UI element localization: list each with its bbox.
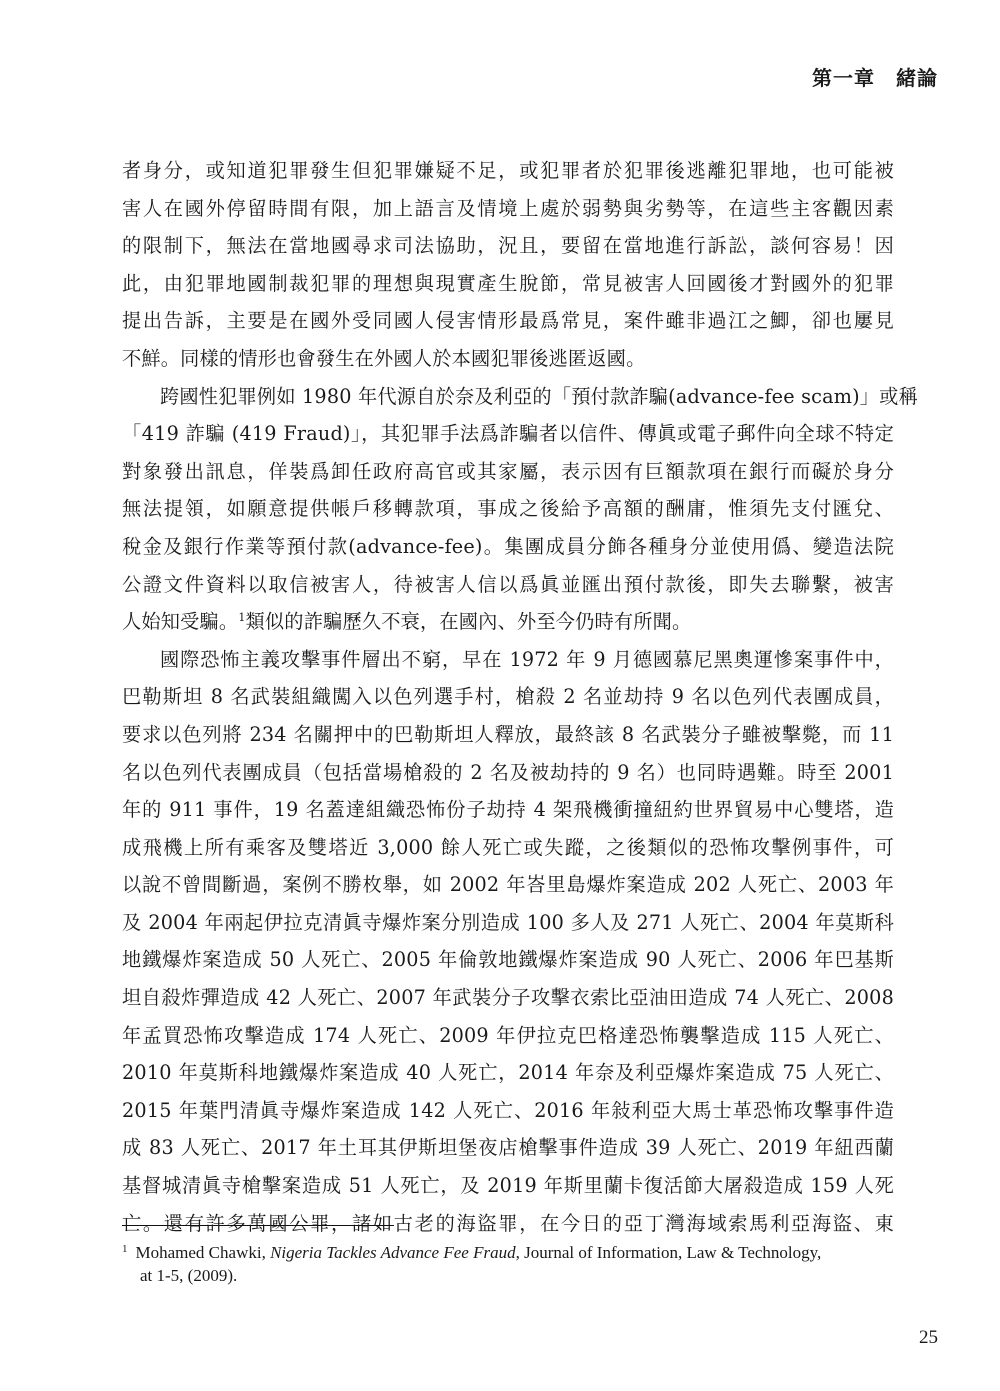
- text-line: 基督城清眞寺槍擊案造成 51 人死亡，及 2019 年斯里蘭卡復活節大屠殺造成 …: [122, 1167, 894, 1205]
- page-number: 25: [919, 1327, 938, 1349]
- text-line: 以說不曾間斷過，案例不勝枚舉，如 2002 年峇里島爆炸案造成 202 人死亡、…: [122, 866, 894, 904]
- text-line: 此，由犯罪地國制裁犯罪的理想與現實產生脫節，常見被害人回國後才對國外的犯罪: [122, 265, 894, 303]
- footnote: 1Mohamed Chawki, Nigeria Tackles Advance…: [122, 1238, 894, 1287]
- body-text: 者身分，或知道犯罪發生但犯罪嫌疑不足，或犯罪者於犯罪後逃離犯罪地，也可能被 害人…: [122, 152, 894, 1242]
- text-line: 「419 詐騙 (419 Fraud)」，其犯罪手法爲詐騙者以信件、傳眞或電子郵…: [122, 415, 894, 453]
- text-line: 提出告訴，主要是在國外受同國人侵害情形最爲常見，案件雖非過江之鯽，卻也屢見: [122, 302, 894, 340]
- footnote-author: Mohamed Chawki,: [136, 1243, 271, 1262]
- text-segment: 人始知受騙。: [122, 610, 238, 633]
- text-line: 及 2004 年兩起伊拉克清眞寺爆炸案分別造成 100 多人及 271 人死亡、…: [122, 904, 894, 942]
- text-line: 者身分，或知道犯罪發生但犯罪嫌疑不足，或犯罪者於犯罪後逃離犯罪地，也可能被: [122, 152, 894, 190]
- text-line: 年孟買恐怖攻擊造成 174 人死亡、2009 年伊拉克巴格達恐怖襲擊造成 115…: [122, 1017, 894, 1055]
- text-segment: 類似的詐騙歷久不衰，在國內、外至今仍時有所聞。: [246, 610, 692, 633]
- text-line: 要求以色列將 234 名關押中的巴勒斯坦人釋放，最終該 8 名武裝分子雖被擊斃，…: [122, 716, 894, 754]
- footnote-line: 1Mohamed Chawki, Nigeria Tackles Advance…: [122, 1238, 894, 1264]
- text-line: 亡。還有許多萬國公罪，諸如古老的海盜罪，在今日的亞丁灣海域索馬利亞海盜、東: [122, 1205, 894, 1243]
- text-line: 無法提領，如願意提供帳戶移轉款項，事成之後給予高額的酬庸，惟須先支付匯兌、: [122, 490, 894, 528]
- running-head-chapter-title: 第一章 緒論: [812, 62, 938, 91]
- paragraph-start-line: 國際恐怖主義攻擊事件層出不窮，早在 1972 年 9 月德國慕尼黑奧運慘案事件中…: [122, 641, 894, 679]
- footnote-line: at 1-5, (2009).: [122, 1264, 894, 1287]
- footnote-source: , Journal of Information, Law & Technolo…: [516, 1243, 822, 1262]
- text-line: 成飛機上所有乘客及雙塔近 3,000 餘人死亡或失蹤，之後類似的恐怖攻擊例事件，…: [122, 829, 894, 867]
- text-line: 名以色列代表團成員（包括當場槍殺的 2 名及被劫持的 9 名）也同時遇難。時至 …: [122, 754, 894, 792]
- text-line: 成 83 人死亡、2017 年土耳其伊斯坦堡夜店槍擊事件造成 39 人死亡、20…: [122, 1129, 894, 1167]
- text-line: 公證文件資料以取信被害人，待被害人信以爲眞並匯出預付款後，即失去聯繫，被害: [122, 566, 894, 604]
- text-line: 稅金及銀行作業等預付款(advance-fee)。集團成員分飾各種身分並使用僞、…: [122, 528, 894, 566]
- text-line: 不鮮。同樣的情形也會發生在外國人於本國犯罪後逃匿返國。: [122, 340, 894, 378]
- footnote-title: Nigeria Tackles Advance Fee Fraud: [270, 1243, 516, 1262]
- text-line: 地鐵爆炸案造成 50 人死亡、2005 年倫敦地鐵爆炸案造成 90 人死亡、20…: [122, 941, 894, 979]
- text-line: 巴勒斯坦 8 名武裝組織闖入以色列選手村，槍殺 2 名並劫持 9 名以色列代表團…: [122, 678, 894, 716]
- footnote-divider: [122, 1225, 394, 1226]
- text-line: 2015 年葉門清眞寺爆炸案造成 142 人死亡、2016 年敍利亞大馬士革恐怖…: [122, 1092, 894, 1130]
- paragraph-start-line: 跨國性犯罪例如 1980 年代源自於奈及利亞的「預付款詐騙(advance-fe…: [122, 378, 894, 416]
- text-line: 害人在國外停留時間有限，加上語言及情境上處於弱勢與劣勢等，在這些主客觀因素: [122, 190, 894, 228]
- text-line: 坦自殺炸彈造成 42 人死亡、2007 年武裝分子攻擊衣索比亞油田造成 74 人…: [122, 979, 894, 1017]
- footnote-number: 1: [122, 1243, 128, 1255]
- text-line: 對象發出訊息，佯裝爲卸任政府高官或其家屬，表示因有巨額款項在銀行而礙於身分: [122, 453, 894, 491]
- text-line: 年的 911 事件，19 名蓋達組織恐怖份子劫持 4 架飛機衝撞紐約世界貿易中心…: [122, 791, 894, 829]
- text-line: 的限制下，無法在當地國尋求司法協助，況且，要留在當地進行訴訟，談何容易！因: [122, 227, 894, 265]
- text-line: 2010 年莫斯科地鐵爆炸案造成 40 人死亡，2014 年奈及利亞爆炸案造成 …: [122, 1054, 894, 1092]
- text-line-with-footnote: 人始知受騙。1類似的詐騙歷久不衰，在國內、外至今仍時有所聞。: [122, 603, 894, 641]
- footnote-reference[interactable]: 1: [238, 611, 245, 624]
